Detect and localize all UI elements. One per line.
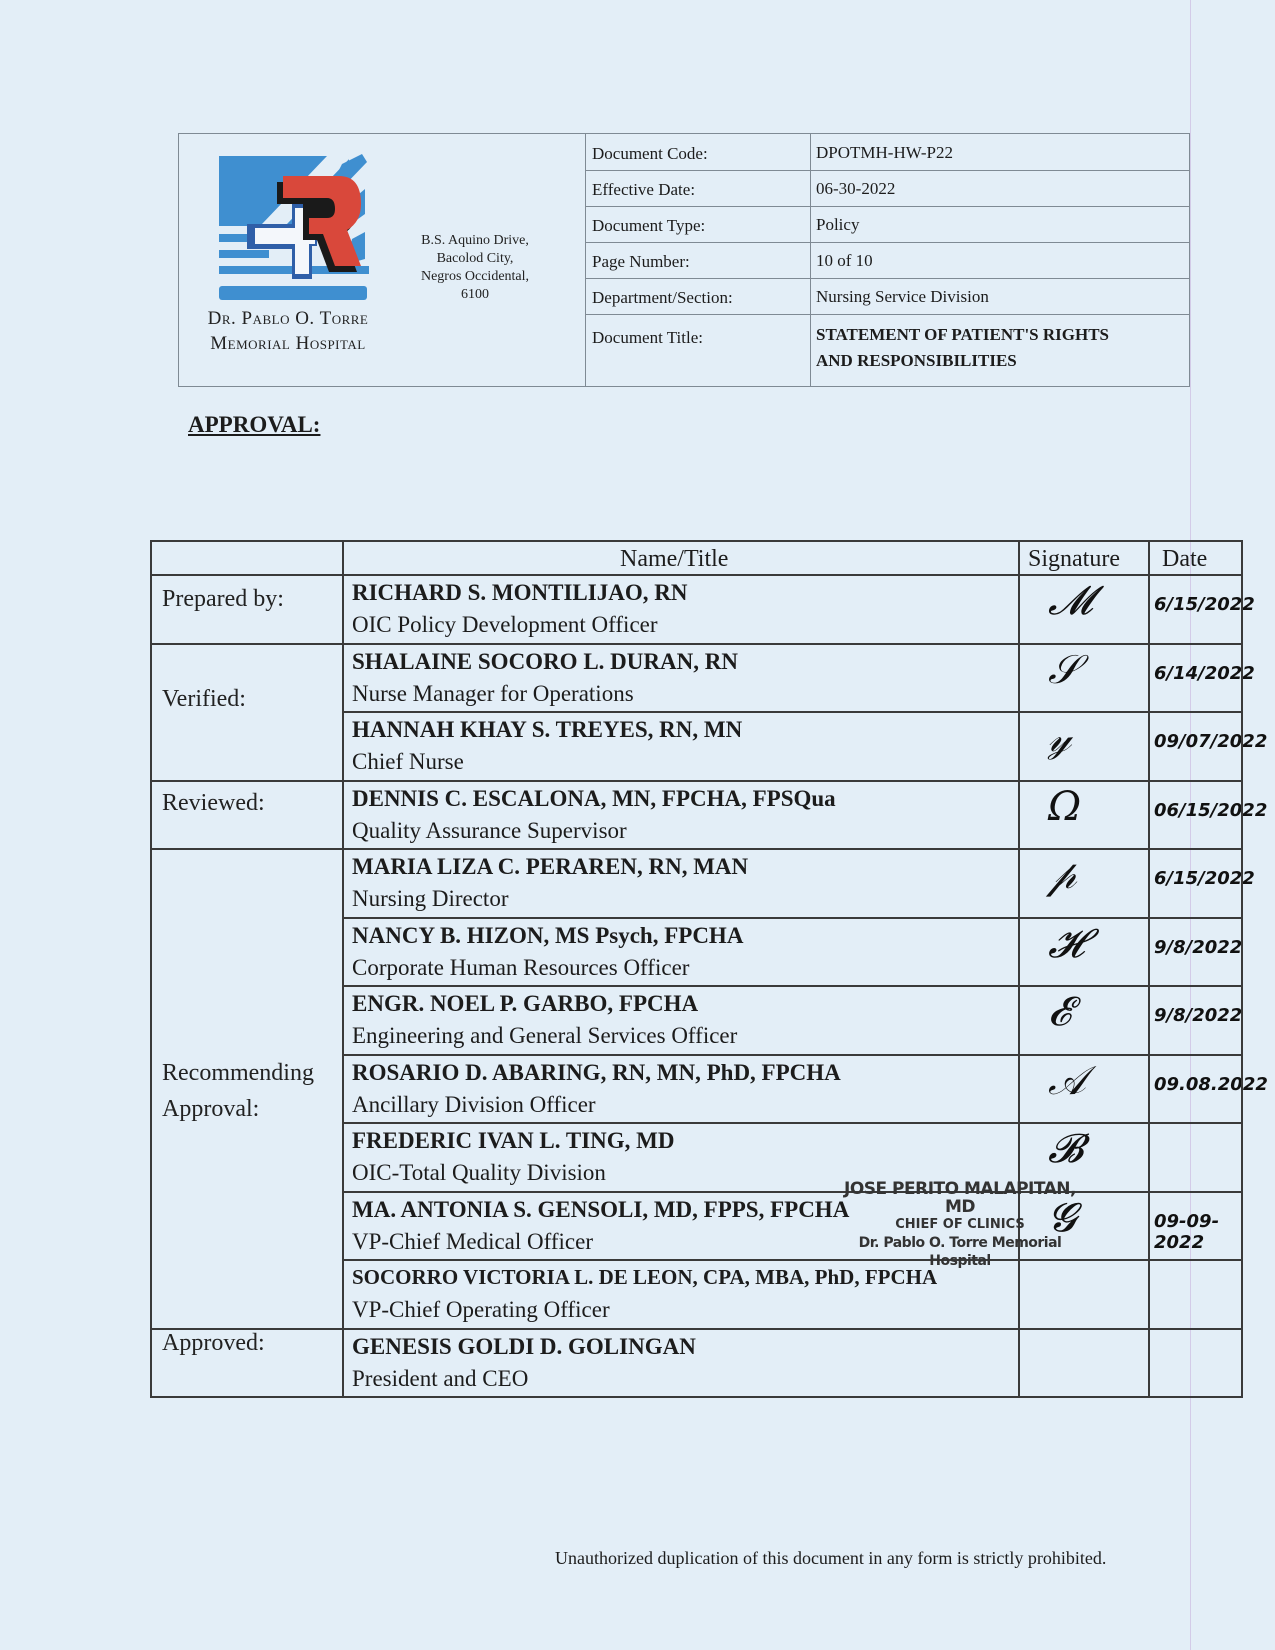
signatory-title: Engineering and General Services Officer xyxy=(352,1023,737,1049)
page-number: 10 of 10 xyxy=(816,251,873,271)
signatory-name: GENESIS GOLDI D. GOLINGAN xyxy=(352,1334,696,1360)
table-rule xyxy=(150,1328,1243,1330)
table-rule xyxy=(150,643,1243,645)
signature-date: 6/15/2022 xyxy=(1154,594,1255,615)
signature-mark: 𝓎 xyxy=(1048,715,1071,761)
table-rule xyxy=(150,574,1243,576)
signatory-title: Corporate Human Resources Officer xyxy=(352,955,689,981)
meta-row-code: Document Code: DPOTMH-HW-P22 xyxy=(586,134,1190,171)
table-rule xyxy=(150,848,1243,850)
signatory-name: MARIA LIZA C. PERAREN, RN, MAN xyxy=(352,854,748,880)
address-line: Bacolod City, xyxy=(401,250,549,268)
signature-mark: 𝓜 xyxy=(1048,578,1093,624)
chief-of-clinics-stamp: JOSE PERITO MALAPITAN, MD CHIEF OF CLINI… xyxy=(840,1180,1080,1270)
column-header-date: Date xyxy=(1162,546,1207,573)
hospital-logo-icon xyxy=(217,154,377,304)
role-recommending: Recommending xyxy=(162,1060,314,1087)
signatory-name: SHALAINE SOCORO L. DURAN, RN xyxy=(352,649,738,675)
meta-row-department: Department/Section: Nursing Service Divi… xyxy=(586,278,1190,315)
address-line: B.S. Aquino Drive, xyxy=(401,232,549,250)
hospital-branding: Dr. Pablo O. Torre Memorial Hospital xyxy=(179,134,397,386)
signature-mark: 𝓑 xyxy=(1048,1126,1083,1172)
signature-date: 6/15/2022 xyxy=(1154,868,1255,889)
document-title-line2: AND RESPONSIBILITIES xyxy=(816,348,1109,374)
table-rule xyxy=(150,540,1243,542)
signatory-name: FREDERIC IVAN L. TING, MD xyxy=(352,1128,674,1154)
signature-date: 9/8/2022 xyxy=(1154,1005,1242,1026)
document-header: Dr. Pablo O. Torre Memorial Hospital B.S… xyxy=(178,133,1190,387)
address-line: Negros Occidental, xyxy=(401,268,549,286)
role-approved: Approved: xyxy=(162,1330,265,1357)
table-rule xyxy=(150,1396,1243,1398)
document-code: DPOTMH-HW-P22 xyxy=(816,143,953,163)
document-type: Policy xyxy=(816,215,859,235)
signatory-title: VP-Chief Medical Officer xyxy=(352,1229,593,1255)
role-reviewed: Reviewed: xyxy=(162,790,265,817)
signature-mark: 𝒜 xyxy=(1048,1058,1086,1104)
signature-date: 09.08.2022 xyxy=(1154,1074,1268,1095)
stamp-hospital: Dr. Pablo O. Torre Memorial Hospital xyxy=(840,1234,1080,1270)
signature-mark: 𝓔 xyxy=(1048,989,1071,1035)
department: Nursing Service Division xyxy=(816,287,989,307)
signatory-title: OIC Policy Development Officer xyxy=(352,612,658,638)
signature-mark: 𝒮 xyxy=(1048,647,1079,693)
hospital-address: B.S. Aquino Drive, Bacolod City, Negros … xyxy=(401,232,549,304)
signature-date: 9/8/2022 xyxy=(1154,937,1242,958)
address-line: 6100 xyxy=(401,286,549,304)
signature-date: 09/07/2022 xyxy=(1154,731,1267,752)
signatory-title: OIC-Total Quality Division xyxy=(352,1160,606,1186)
document-title-line1: STATEMENT OF PATIENT'S RIGHTS xyxy=(816,322,1109,348)
effective-date: 06-30-2022 xyxy=(816,179,895,199)
signature-mark: 𝓗 xyxy=(1048,921,1084,967)
column-header-signature: Signature xyxy=(1028,546,1120,573)
signatory-name: RICHARD S. MONTILIJAO, RN xyxy=(352,580,687,606)
table-rule xyxy=(342,1054,1243,1056)
hospital-name: Dr. Pablo O. Torre Memorial Hospital xyxy=(179,306,397,356)
column-header-name-title: Name/Title xyxy=(620,546,728,573)
signatory-name: HANNAH KHAY S. TREYES, RN, MN xyxy=(352,717,742,743)
signatory-title: Chief Nurse xyxy=(352,749,464,775)
hospital-name-line1: Dr. Pablo O. Torre xyxy=(179,306,397,331)
table-rule xyxy=(342,711,1243,713)
signatory-name: MA. ANTONIA S. GENSOLI, MD, FPPS, FPCHA xyxy=(352,1197,849,1223)
meta-row-page: Page Number: 10 of 10 xyxy=(586,242,1190,279)
table-rule xyxy=(342,917,1243,919)
table-rule xyxy=(342,1191,1243,1193)
role-verified: Verified: xyxy=(162,686,246,713)
table-rule xyxy=(150,780,1243,782)
stamp-title: CHIEF OF CLINICS xyxy=(840,1216,1080,1234)
stamp-name: JOSE PERITO MALAPITAN, MD xyxy=(840,1180,1080,1216)
signatory-title: Nurse Manager for Operations xyxy=(352,681,634,707)
signature-date: 6/14/2022 xyxy=(1154,663,1255,684)
table-rule xyxy=(342,1122,1243,1124)
document-meta-table: Document Code: DPOTMH-HW-P22 Effective D… xyxy=(585,134,1190,386)
meta-label: Effective Date: xyxy=(592,180,695,200)
meta-label: Document Type: xyxy=(592,216,705,236)
signature-date: 09-09-2022 xyxy=(1154,1211,1243,1253)
document-title: STATEMENT OF PATIENT'S RIGHTS AND RESPON… xyxy=(816,322,1109,374)
signatory-title: Quality Assurance Supervisor xyxy=(352,818,627,844)
signatory-title: VP-Chief Operating Officer xyxy=(352,1297,610,1323)
meta-row-type: Document Type: Policy xyxy=(586,206,1190,243)
meta-label: Department/Section: xyxy=(592,288,733,308)
meta-label: Page Number: xyxy=(592,252,690,272)
meta-row-effective-date: Effective Date: 06-30-2022 xyxy=(586,170,1190,207)
meta-label: Document Code: xyxy=(592,144,708,164)
table-column-rule xyxy=(342,540,344,1396)
table-column-rule xyxy=(1241,540,1243,1396)
role-recommending-approval: Approval: xyxy=(162,1096,259,1123)
signatory-name: ENGR. NOEL P. GARBO, FPCHA xyxy=(352,991,698,1017)
hospital-name-line2: Memorial Hospital xyxy=(179,331,397,356)
role-prepared-by: Prepared by: xyxy=(162,586,284,613)
approval-heading: APPROVAL: xyxy=(188,412,320,438)
signatory-title: Ancillary Division Officer xyxy=(352,1092,596,1118)
table-column-rule xyxy=(150,540,152,1396)
signature-date: 06/15/2022 xyxy=(1154,800,1267,821)
meta-row-title: Document Title: STATEMENT OF PATIENT'S R… xyxy=(586,314,1190,386)
signature-mark: Ω xyxy=(1048,784,1081,830)
footer-notice: Unauthorized duplication of this documen… xyxy=(555,1548,1106,1569)
signatory-title: President and CEO xyxy=(352,1366,528,1392)
meta-label: Document Title: xyxy=(592,328,703,348)
table-rule xyxy=(342,985,1243,987)
signatory-name: NANCY B. HIZON, MS Psych, FPCHA xyxy=(352,923,743,949)
signatory-name: ROSARIO D. ABARING, RN, MN, PhD, FPCHA xyxy=(352,1060,841,1086)
signatory-name: DENNIS C. ESCALONA, MN, FPCHA, FPSQua xyxy=(352,786,836,812)
signature-mark: 𝓅 xyxy=(1048,852,1077,898)
table-rule xyxy=(342,1259,1243,1261)
table-column-rule xyxy=(1148,540,1150,1396)
signatory-title: Nursing Director xyxy=(352,886,509,912)
